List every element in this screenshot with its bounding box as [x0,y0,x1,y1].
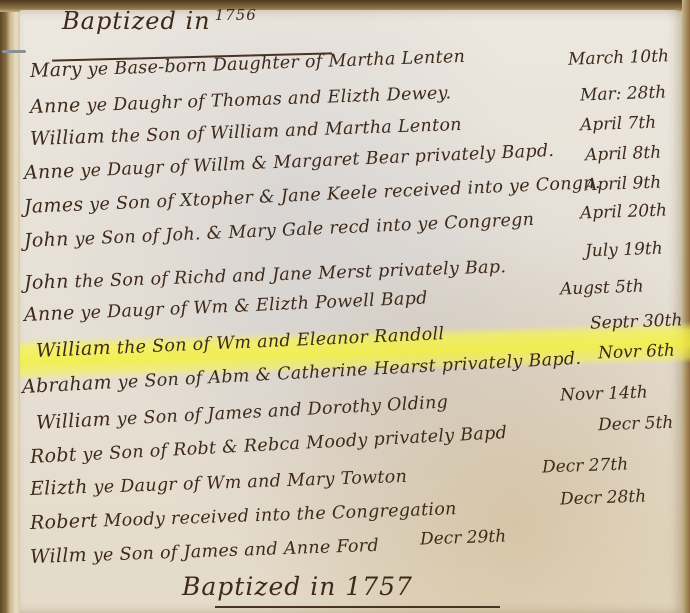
entry-date: Septr 30th [590,310,683,333]
heading-1756: Baptized in1756 [62,6,257,35]
entry-date: Decr 28th [560,487,647,510]
entry-date: March 10th [568,46,670,70]
heading-1757: Baptized in 1757 [182,572,413,601]
page-right-edge [682,0,690,613]
entry-date: April 7th [580,113,657,136]
entry-date: Decr 27th [542,455,629,478]
entry-date: July 19th [585,239,663,262]
entry-date: April 8th [585,143,662,166]
ribbon-marker [2,50,26,53]
entry-date: April 9th [585,173,662,196]
entry-date: Mar: 28th [580,83,667,106]
entry-date: Decr 5th [598,413,674,436]
entry-date: Augst 5th [560,277,644,300]
entry-date: Decr 29th [420,527,507,550]
heading-year: 1756 [215,6,257,24]
heading-label: Baptized in [182,572,336,601]
entry-date: Novr 14th [560,382,648,405]
heading-label: Baptized in [62,7,211,35]
entry-date: April 20th [580,200,668,223]
entry-date: Novr 6th [598,341,675,364]
heading-underline [215,606,500,608]
heading-year: 1757 [345,572,413,601]
